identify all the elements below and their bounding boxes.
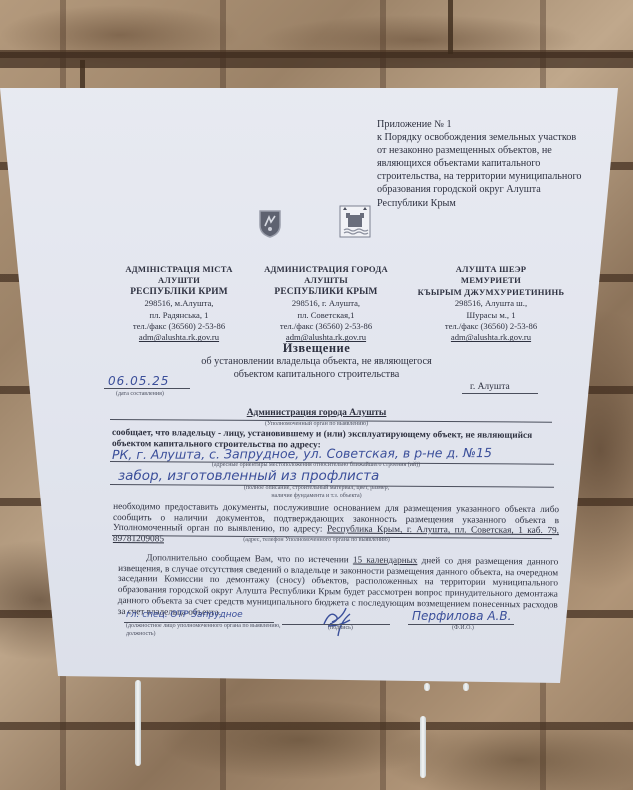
org-address: пл. Радянська, 1 [104,310,254,321]
date-caption: (дата составления) [116,391,164,397]
notice-title: Извещение [0,342,633,355]
org-block-ukrainian: АДМІНІСТРАЦІЯ МІСТА АЛУШТИ РЕСПУБЛІКИ КР… [104,264,254,344]
org-phone: тел./факс (36560) 2-53-86 [104,321,254,332]
deadline-days: 15 календарных [353,554,418,565]
subtitle-line: об установлении владельца объекта, не яв… [0,356,633,369]
appendix-header: Приложение № 1 к Порядку освобождения зе… [377,118,617,210]
position-caption: (должностное лицо уполномоченного органа… [126,623,286,638]
name-caption: (Ф.И.О.) [452,625,474,631]
org-address: Шурасы м., 1 [406,310,576,321]
org-address: 298516, Алушта ш., [406,298,576,309]
org-phone: тел./факс (36560) 2-53-86 [252,321,400,332]
org-address: пл. Советская,1 [252,310,400,321]
appendix-line: от незаконно размещенных объектов, не [377,144,617,157]
org-title: РЕСПУБЛІКИ КРИМ [104,287,254,298]
agency-caption: (Уполномоченный орган по выявлению) [0,421,633,427]
appendix-line: Республики Крым [377,197,617,210]
date-underline [104,388,190,389]
agency-address-caption: (адрес, телефон Уполномоченного органа п… [0,537,633,543]
notice-subtitle: об установлении владельца объекта, не яв… [0,356,633,381]
org-title: АЛУШТИ [104,275,254,286]
notice-document: Приложение № 1 к Порядку освобождения зе… [0,0,633,790]
org-title: АДМІНІСТРАЦІЯ МІСТА [104,264,254,275]
subtitle-line: объектом капитального строительства [0,369,633,382]
object-address-value: РК, г. Алушта, с. Запрудное, ул. Советск… [112,447,492,461]
appendix-line: к Порядку освобождения земельных участко… [377,131,617,144]
signature-caption: (подпись) [328,625,353,631]
org-title: АДМИНИСТРАЦИЯ ГОРОДА [252,264,400,275]
crimea-coat-of-arms-icon [256,208,284,238]
org-title: РЕСПУБЛИКИ КРЫМ [252,287,400,298]
appendix-line: являющихся объектами капитального [377,157,617,170]
agency-name: Администрация города Алушты [0,409,633,419]
org-title: КЪЫРЫМ ДЖУМХУРИЕТИНИНЬ [406,287,576,298]
caption-line: наличие фундамента и т.з. объекта) [0,493,633,501]
org-title: АЛУШТА ШЕЭР [406,264,576,275]
org-block-russian: АДМИНИСТРАЦИЯ ГОРОДА АЛУШТЫ РЕСПУБЛИКИ К… [252,264,400,344]
date-value: 06.05.25 [108,375,169,387]
handwritten-signature [318,598,358,638]
description-caption: (полное описание, строительный материал,… [0,485,633,500]
alushta-coat-of-arms-icon [337,204,373,240]
org-address: 298516, г. Алушта, [252,298,400,309]
org-title: АЛУШТЫ [252,275,400,286]
org-address: 298516, м.Алушта, [104,298,254,309]
object-description-value: забор, изготовленный из профлиста [118,470,379,484]
org-phone: тел./факс (36560) 2-53-86 [406,321,576,332]
appendix-line: образования городской округ Алушта [377,183,617,196]
caption-line: (полное описание, строительный материал,… [0,485,633,493]
org-title: МЕМУРИЕТИ [406,275,576,286]
official-name-value: Перфилова А.В. [412,610,511,622]
appendix-line: Приложение № 1 [377,118,617,131]
city-label: г. Алушта [470,383,510,393]
official-position-value: гл. спец. ОТР Запрудное [126,611,243,620]
org-block-crimean-tatar: АЛУШТА ШЕЭР МЕМУРИЕТИ КЪЫРЫМ ДЖУМХУРИЕТИ… [406,264,576,344]
city-underline [462,393,538,394]
appendix-line: строительства, на территории муниципальн… [377,170,617,183]
